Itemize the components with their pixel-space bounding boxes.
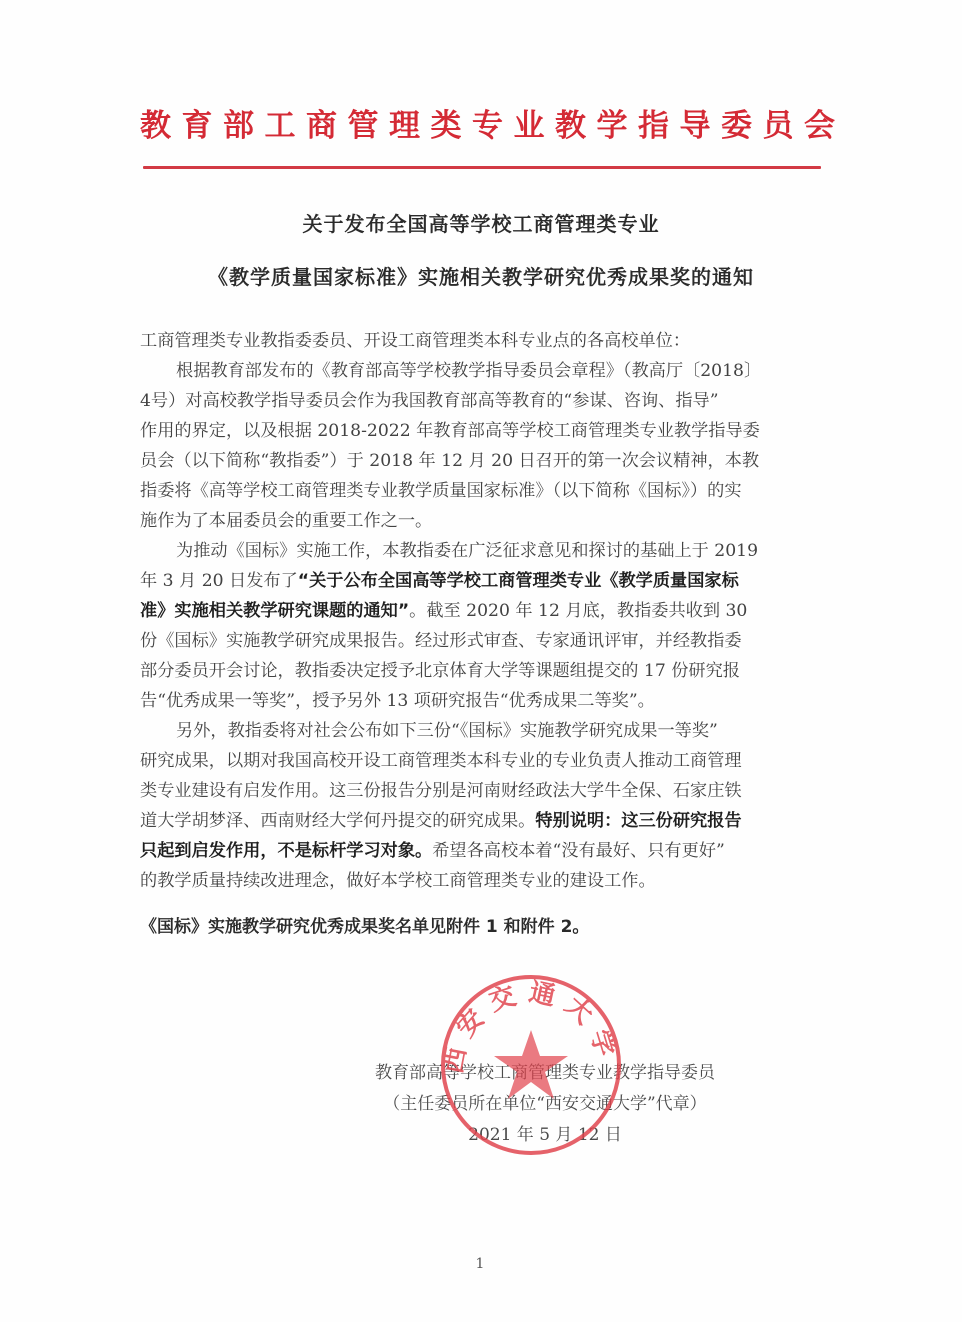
cited-notice-title: “关于公布全国高等学校工商管理类专业《教学质量国家标 <box>298 571 739 591</box>
special-note: 只起到启发作用，不是标杆学习对象。 <box>140 841 432 861</box>
paragraph-line: 部分委员开会讨论，教指委决定授予北京体育大学等课题组提交的 17 份研究报 <box>140 656 824 686</box>
paragraph-text: 年 3 月 20 日发布了 <box>140 571 298 591</box>
paragraph-line: 类专业建设有启发作用。这三份报告分别是河南财经政法大学牛全保、石家庄铁 <box>140 776 824 806</box>
letterhead-org-name: 教育部工商管理类专业教学指导委员会 <box>140 104 824 148</box>
signature-block: 教育部高等学校工商管理类专业教学指导委员 （主任委员所在单位“西安交通大学”代章… <box>330 1058 760 1151</box>
paragraph-line: 根据教育部发布的《教育部高等学校教学指导委员会章程》（教高厅〔2018〕 <box>140 356 824 386</box>
signature-org: 教育部高等学校工商管理类专业教学指导委员 <box>330 1058 760 1089</box>
signature-date: 2021 年 5 月 12 日 <box>330 1120 760 1151</box>
paragraph-line: 道大学胡梦泽、西南财经大学何丹提交的研究成果。特别说明：这三份研究报告 <box>140 806 824 836</box>
paragraph-1: 根据教育部发布的《教育部高等学校教学指导委员会章程》（教高厅〔2018〕 4号）… <box>140 356 824 536</box>
paragraph-text: 道大学胡梦泽、西南财经大学何丹提交的研究成果。 <box>140 811 535 831</box>
paragraph-2: 为推动《国标》实施工作，本教指委在广泛征求意见和探讨的基础上于 2019 年 3… <box>140 536 824 716</box>
paragraph-text: 希望各高校本着“没有最好、只有更好” <box>432 841 725 861</box>
paragraph-line: 告“优秀成果一等奖”，授予另外 13 项研究报告“优秀成果二等奖”。 <box>140 686 824 716</box>
paragraph-line: 4号）对高校教学指导委员会作为我国教育部高等教育的“参谋、咨询、指导” <box>140 386 824 416</box>
letterhead-red-rule <box>143 166 821 169</box>
paragraph-line: 员会（以下简称“教指委”）于 2018 年 12 月 20 日召开的第一次会议精… <box>140 446 824 476</box>
paragraph-line: 份《国标》实施教学研究成果报告。经过形式审查、专家通讯评审，并经教指委 <box>140 626 824 656</box>
paragraph-line: 施作为了本届委员会的重要工作之一。 <box>140 506 824 536</box>
document-title-line-1: 关于发布全国高等学校工商管理类专业 <box>0 208 962 237</box>
document-body: 工商管理类专业教指委委员、开设工商管理类本科专业点的各高校单位： 根据教育部发布… <box>140 326 824 896</box>
signature-seal-note: （主任委员所在单位“西安交通大学”代章） <box>330 1089 760 1120</box>
paragraph-3: 另外，教指委将对社会公布如下三份“《国标》实施教学研究成果一等奖” 研究成果，以… <box>140 716 824 896</box>
document-page: 教育部工商管理类专业教学指导委员会 关于发布全国高等学校工商管理类专业 《教学质… <box>0 0 962 1322</box>
cited-notice-title: 准》实施相关教学研究课题的通知” <box>140 601 409 621</box>
paragraph-line: 为推动《国标》实施工作，本教指委在广泛征求意见和探讨的基础上于 2019 <box>140 536 824 566</box>
paragraph-line: 年 3 月 20 日发布了“关于公布全国高等学校工商管理类专业《教学质量国家标 <box>140 566 824 596</box>
paragraph-line: 指委将《高等学校工商管理类专业教学质量国家标准》（以下简称《国标》）的实 <box>140 476 824 506</box>
document-title-line-2: 《教学质量国家标准》实施相关教学研究优秀成果奖的通知 <box>0 261 962 290</box>
paragraph-line: 作用的界定，以及根据 2018-2022 年教育部高等学校工商管理类专业教学指导… <box>140 416 824 446</box>
annex-note: 《国标》实施教学研究优秀成果奖名单见附件 1 和附件 2。 <box>140 912 589 937</box>
special-note: 特别说明：这三份研究报告 <box>535 811 741 831</box>
page-number: 1 <box>470 1256 490 1272</box>
salutation: 工商管理类专业教指委委员、开设工商管理类本科专业点的各高校单位： <box>140 326 824 356</box>
paragraph-line: 只起到启发作用，不是标杆学习对象。希望各高校本着“没有最好、只有更好” <box>140 836 824 866</box>
paragraph-line: 另外，教指委将对社会公布如下三份“《国标》实施教学研究成果一等奖” <box>140 716 824 746</box>
paragraph-line: 准》实施相关教学研究课题的通知”。截至 2020 年 12 月底，教指委共收到 … <box>140 596 824 626</box>
paragraph-text: 。截至 2020 年 12 月底，教指委共收到 30 <box>409 601 747 621</box>
paragraph-line: 的教学质量持续改进理念，做好本学校工商管理类专业的建设工作。 <box>140 866 824 896</box>
paragraph-line: 研究成果，以期对我国高校开设工商管理类本科专业的专业负责人推动工商管理 <box>140 746 824 776</box>
